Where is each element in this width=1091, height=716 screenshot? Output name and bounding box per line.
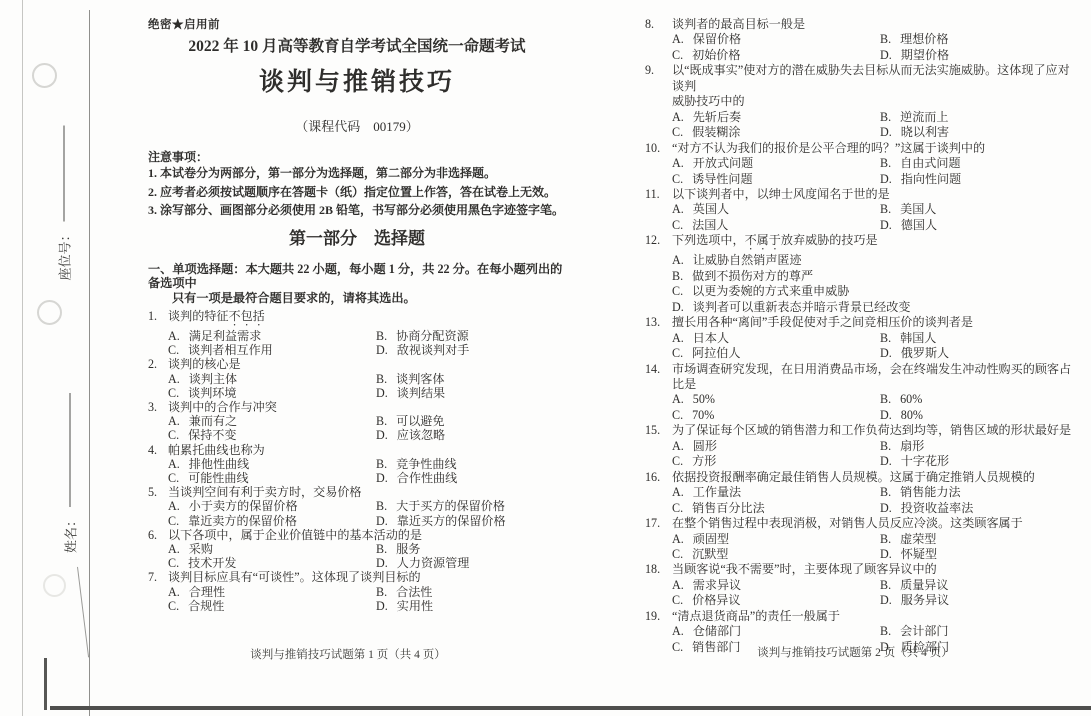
option-D: D.十字花形 (880, 454, 1081, 469)
option-D: D.合作性曲线 (376, 471, 566, 485)
question: 6.以下各项中，属于企业价值链中的基本活动的是A.采购B.服务C.技术开发D.人… (148, 528, 566, 571)
option-text: 采购 (189, 542, 213, 556)
option-C: C.法国人 (672, 218, 880, 233)
punch-hole-icon (32, 63, 57, 88)
option-text: 怀疑型 (901, 547, 937, 561)
option-C: C.方形 (672, 454, 880, 469)
question-stem: 以“既成事实”使对方的潜在威胁失去目标从而无法实施威胁。这体现了应对谈判 (645, 63, 1081, 94)
option-key: A. (672, 156, 684, 171)
option-D: D.谈判结果 (376, 386, 566, 400)
option-key: D. (880, 408, 892, 423)
option-key: C. (672, 48, 683, 63)
option-grid: A.谈判主体B.谈判客体C.谈判环境D.谈判结果 (148, 372, 566, 400)
option-key: B. (376, 542, 387, 556)
course-code: （课程代码 00179） (148, 118, 566, 135)
option-key: A. (672, 331, 684, 346)
option-key: A. (672, 253, 684, 268)
option-text: 开放式问题 (693, 156, 753, 170)
option-text: 50% (693, 392, 715, 406)
option-B: B.扇形 (880, 439, 1081, 454)
option-text: 方形 (692, 454, 716, 468)
option-B: B.服务 (376, 542, 566, 556)
option-key: A. (672, 439, 684, 454)
question-number: 11. (645, 187, 660, 202)
option-key: D. (880, 48, 892, 63)
option-D: D.德国人 (880, 218, 1081, 233)
option-text: 会计部门 (900, 624, 948, 638)
option-key: C. (672, 284, 683, 299)
option-key: D. (880, 346, 892, 361)
option-C: C.阿拉伯人 (672, 346, 880, 361)
question: 14.市场调查研究发现，在日用消费品市场，会在终端发生冲动性购买的顾客占比是A.… (645, 362, 1081, 424)
option-key: D. (376, 428, 388, 442)
question-stem: 威胁技巧中的 (645, 94, 1081, 109)
option-key: C. (672, 172, 683, 187)
option-text: 理想价格 (900, 32, 948, 46)
option-grid: A.顽固型B.虚荣型C.沉默型D.怀疑型 (645, 532, 1081, 563)
option-key: C. (672, 346, 683, 361)
question: 13.擅长用各种“离间”手段促使对手之间竞相压价的谈判者是A.日本人B.韩国人C… (645, 315, 1081, 361)
option-D: D.80% (880, 408, 1081, 423)
option-grid: A.先斩后奏B.逆流而上C.假装糊涂D.晓以利害 (645, 110, 1081, 141)
option-A: A.让威胁自然销声匿迹 (672, 253, 1081, 268)
option-key: B. (880, 578, 891, 593)
question-stem: 依据投资报酬率确定最佳销售人员规模。这属于确定推销人员规模的 (645, 470, 1081, 485)
classification-banner: 绝密★启用前 (148, 16, 566, 32)
option-key: A. (168, 585, 180, 599)
emphasized-text: 不属于 (745, 233, 781, 247)
subject-title: 谈判与推销技巧 (148, 68, 566, 98)
option-text: 工作量法 (693, 485, 741, 499)
option-text: 谈判客体 (396, 372, 444, 386)
option-key: A. (672, 532, 684, 547)
option-key: C. (168, 556, 179, 570)
option-text: 谈判环境 (188, 386, 236, 400)
seat-number-label: 座位号： (55, 228, 74, 280)
option-C: C.保持不变 (168, 428, 376, 442)
note-item: 3. 涂写部分、画图部分必须使用 2B 铅笔，书写部分必须使用黑色字迹签字笔。 (148, 201, 566, 220)
option-key: C. (672, 501, 683, 516)
option-text: 圆形 (693, 439, 717, 453)
question: 1.谈判的特征不包括A.满足利益需求B.协商分配资源C.谈判者相互作用D.敌视谈… (148, 309, 566, 357)
option-key: B. (880, 439, 891, 454)
option-B: B.销售能力法 (880, 485, 1081, 500)
option-key: A. (672, 202, 684, 217)
option-B: B.逆流而上 (880, 110, 1081, 125)
option-key: D. (880, 172, 892, 187)
question: 17.在整个销售过程中表现消极，对销售人员反应冷淡。这类顾客属于A.顽固型B.虚… (645, 516, 1081, 562)
option-text: 靠近卖方的保留价格 (188, 514, 297, 528)
option-grid: A.英国人B.美国人C.法国人D.德国人 (645, 202, 1081, 233)
seat-number-blank-line (64, 125, 65, 221)
exam-session-title: 2022 年 10 月高等教育自学考试全国统一命题考试 (148, 37, 566, 57)
option-text: 销售百分比法 (692, 501, 765, 515)
question-stem: “对方不认为我们的报价是公平合理的吗？”这属于谈判中的 (645, 141, 1081, 156)
option-key: D. (376, 343, 388, 357)
option-text: 需求异议 (693, 578, 741, 592)
option-D: D.期望价格 (880, 48, 1081, 63)
question-number: 2. (148, 357, 157, 371)
option-C: C.沉默型 (672, 547, 880, 562)
option-text: 排他性曲线 (189, 457, 249, 471)
option-text: 小于卖方的保留价格 (189, 499, 298, 513)
option-grid: A.满足利益需求B.协商分配资源C.谈判者相互作用D.敌视谈判对手 (148, 329, 566, 357)
question-number: 9. (645, 63, 654, 78)
question-number: 16. (645, 470, 660, 485)
option-D: D.晓以利害 (880, 125, 1081, 140)
option-B: B.韩国人 (880, 331, 1081, 346)
option-text: 法国人 (692, 218, 728, 232)
option-text: 满足利益需求 (189, 329, 262, 343)
option-text: 阿拉伯人 (692, 346, 740, 360)
option-B: B.虚荣型 (880, 532, 1081, 547)
option-key: B. (376, 414, 387, 428)
option-text: 60% (900, 392, 922, 406)
option-key: B. (672, 269, 683, 284)
option-key: C. (672, 218, 683, 233)
question-number: 6. (148, 528, 157, 542)
option-text: 合理性 (189, 585, 225, 599)
option-grid: A.排他性曲线B.竞争性曲线C.可能性曲线D.合作性曲线 (148, 457, 566, 485)
option-text: 逆流而上 (900, 110, 948, 124)
option-C: C.合规性 (168, 599, 376, 613)
section-instructions: 一、单项选择题：本大题共 22 小题，每小题 1 分，共 22 分。在每小题列出… (148, 262, 566, 306)
question: 11.以下谈判者中，以绅士风度闻名于世的是A.英国人B.美国人C.法国人D.德国… (645, 187, 1081, 233)
question-stem: 下列选项中，不属于放弃威胁的技巧是 (645, 233, 1081, 253)
part-heading: 第一部分 选择题 (148, 228, 566, 250)
option-B: B.大于买方的保留价格 (376, 499, 566, 513)
option-key: B. (376, 499, 387, 513)
option-B: B.会计部门 (880, 624, 1081, 639)
option-B: B.质量异议 (880, 578, 1081, 593)
question-stem: 谈判的特征不包括 (148, 309, 566, 329)
option-text: 销售能力法 (900, 485, 960, 499)
option-text: 80% (901, 408, 923, 422)
option-A: A.开放式问题 (672, 156, 880, 171)
option-key: A. (168, 499, 180, 513)
option-A: A.工作量法 (672, 485, 880, 500)
option-text: 自由式问题 (900, 156, 960, 170)
note-item: 2. 应考者必须按试题顺序在答题卡（纸）指定位置上作答，答在试卷上无效。 (148, 183, 566, 202)
option-text: 大于买方的保留价格 (396, 499, 505, 513)
question: 7.谈判目标应具有“可谈性”。这体现了谈判目标的A.合理性B.合法性C.合规性D… (148, 570, 566, 613)
question: 15.为了保证每个区域的销售潜力和工作负荷达到均等，销售区域的形状最好是A.圆形… (645, 423, 1081, 469)
punch-hole-icon (43, 574, 66, 597)
option-A: A.保留价格 (672, 32, 880, 47)
option-A: A.先斩后奏 (672, 110, 880, 125)
option-B: B.自由式问题 (880, 156, 1081, 171)
option-D: D.实用性 (376, 599, 566, 613)
question-number: 12. (645, 233, 660, 248)
option-key: D. (880, 218, 892, 233)
option-D: D.指向性问题 (880, 172, 1081, 187)
option-text: 兼而有之 (189, 414, 237, 428)
question-stem: 擅长用各种“离间”手段促使对手之间竞相压价的谈判者是 (645, 315, 1081, 330)
section-instruction-line: 一、单项选择题：本大题共 22 小题，每小题 1 分，共 22 分。在每小题列出… (148, 262, 566, 291)
option-text: 先斩后奏 (693, 110, 741, 124)
option-text: 应该忽略 (397, 428, 445, 442)
option-text: 投资收益率法 (901, 501, 974, 515)
option-text: 韩国人 (900, 331, 936, 345)
question-number: 3. (148, 400, 157, 414)
option-key: C. (672, 125, 683, 140)
option-D: D.服务异议 (880, 593, 1081, 608)
option-A: A.仓储部门 (672, 624, 880, 639)
question-stem: “清点退货商品”的责任一般属于 (645, 609, 1081, 624)
option-A: A.合理性 (168, 585, 376, 599)
option-text: 以更为委婉的方式来重申威胁 (692, 284, 849, 298)
option-C: C.靠近卖方的保留价格 (168, 514, 376, 528)
question-number: 7. (148, 570, 157, 584)
option-text: 初始价格 (692, 48, 740, 62)
question: 9.以“既成事实”使对方的潜在威胁失去目标从而无法实施威胁。这体现了应对谈判威胁… (645, 63, 1081, 140)
option-A: A.50% (672, 392, 880, 407)
question-number: 4. (148, 443, 157, 457)
option-C: C.初始价格 (672, 48, 880, 63)
question: 10.“对方不认为我们的报价是公平合理的吗？”这属于谈判中的A.开放式问题B.自… (645, 141, 1081, 187)
question: 2.谈判的核心是A.谈判主体B.谈判客体C.谈判环境D.谈判结果 (148, 357, 566, 400)
option-text: 期望价格 (901, 48, 949, 62)
question-stem: 谈判者的最高目标一般是 (645, 17, 1081, 32)
option-grid: A.采购B.服务C.技术开发D.人力资源管理 (148, 542, 566, 570)
option-D: D.谈判者可以重新表态并暗示背景已经改变 (672, 300, 1081, 315)
option-text: 十字花形 (901, 454, 949, 468)
option-key: C. (168, 428, 179, 442)
option-D: D.俄罗斯人 (880, 346, 1081, 361)
option-text: 可能性曲线 (188, 471, 248, 485)
option-key: D. (672, 300, 684, 315)
option-key: B. (880, 32, 891, 47)
option-key: C. (168, 343, 179, 357)
question-stem: 为了保证每个区域的销售潜力和工作负荷达到均等，销售区域的形状最好是 (645, 423, 1081, 438)
question: 12.下列选项中，不属于放弃威胁的技巧是A.让威胁自然销声匿迹B.做到不损伤对方… (645, 233, 1081, 315)
option-key: A. (672, 578, 684, 593)
page1-questions: 1.谈判的特征不包括A.满足利益需求B.协商分配资源C.谈判者相互作用D.敌视谈… (148, 309, 566, 613)
option-A: A.日本人 (672, 331, 880, 346)
option-key: D. (376, 599, 388, 613)
option-key: D. (376, 514, 388, 528)
option-B: B.可以避免 (376, 414, 566, 428)
option-key: B. (880, 156, 891, 171)
option-key: A. (168, 542, 180, 556)
emphasized-text: 不包括 (228, 309, 264, 323)
option-C: C.可能性曲线 (168, 471, 376, 485)
option-text: 谈判结果 (397, 386, 445, 400)
question: 8.谈判者的最高目标一般是A.保留价格B.理想价格C.初始价格D.期望价格 (645, 17, 1081, 63)
option-key: A. (168, 329, 180, 343)
seal-line (89, 10, 90, 716)
scan-edge-left (44, 658, 47, 710)
option-text: 做到不损伤对方的尊严 (692, 269, 813, 283)
option-text: 扇形 (900, 439, 924, 453)
exam-page-2: 8.谈判者的最高目标一般是A.保留价格B.理想价格C.初始价格D.期望价格9.以… (645, 17, 1081, 655)
question-stem: 帕累托曲线也称为 (148, 443, 566, 457)
question: 18.当顾客说“我不需要”时，主要体现了顾客异议中的A.需求异议B.质量异议C.… (645, 562, 1081, 608)
option-D: D.人力资源管理 (376, 556, 566, 570)
option-key: C. (168, 514, 179, 528)
option-text: 俄罗斯人 (901, 346, 949, 360)
question-stem: 当顾客说“我不需要”时，主要体现了顾客异议中的 (645, 562, 1081, 577)
option-A: A.兼而有之 (168, 414, 376, 428)
name-label: 姓名： (61, 514, 80, 553)
option-text: 质量异议 (900, 578, 948, 592)
question-stem: 以下各项中，属于企业价值链中的基本活动的是 (148, 528, 566, 542)
note-item: 1. 本试卷分为两部分，第一部分为选择题，第二部分为非选择题。 (148, 164, 566, 183)
option-text: 价格异议 (692, 593, 740, 607)
option-text: 协商分配资源 (396, 329, 469, 343)
option-text: 英国人 (693, 202, 729, 216)
option-grid: A.小于卖方的保留价格B.大于买方的保留价格C.靠近卖方的保留价格D.靠近买方的… (148, 499, 566, 527)
exam-page-1: 绝密★启用前 2022 年 10 月高等教育自学考试全国统一命题考试 谈判与推销… (148, 16, 566, 613)
option-C: C.以更为委婉的方式来重申威胁 (672, 284, 1081, 299)
option-key: D. (376, 556, 388, 570)
question: 5.当谈判空间有利于卖方时，交易价格A.小于卖方的保留价格B.大于买方的保留价格… (148, 485, 566, 528)
option-key: B. (880, 532, 891, 547)
option-B: B.谈判客体 (376, 372, 566, 386)
scanned-exam-paper: 座位号： 姓名： 绝密★启用前 2022 年 10 月高等教育自学考试全国统一命… (0, 0, 1091, 716)
question-stem: 以下谈判者中，以绅士风度闻名于世的是 (645, 187, 1081, 202)
option-A: A.谈判主体 (168, 372, 376, 386)
option-key: A. (168, 457, 180, 471)
option-A: A.满足利益需求 (168, 329, 376, 343)
option-text: 人力资源管理 (397, 556, 470, 570)
option-text: 敌视谈判对手 (397, 343, 470, 357)
option-key: D. (880, 547, 892, 562)
option-D: D.靠近买方的保留价格 (376, 514, 566, 528)
option-B: B.60% (880, 392, 1081, 407)
option-A: A.小于卖方的保留价格 (168, 499, 376, 513)
option-text: 合作性曲线 (397, 471, 457, 485)
option-key: C. (672, 454, 683, 469)
option-text: 虚荣型 (900, 532, 936, 546)
question-number: 18. (645, 562, 660, 577)
option-grid: A.工作量法B.销售能力法C.销售百分比法D.投资收益率法 (645, 485, 1081, 516)
option-text: 假装糊涂 (692, 125, 740, 139)
question-number: 10. (645, 141, 660, 156)
question-number: 15. (645, 423, 660, 438)
option-key: D. (880, 125, 892, 140)
option-text: 技术开发 (188, 556, 236, 570)
option-key: C. (168, 471, 179, 485)
option-key: C. (672, 408, 683, 423)
page1-footer: 谈判与推销技巧试题第 1 页（共 4 页） (148, 646, 548, 662)
option-grid: A.兼而有之B.可以避免C.保持不变D.应该忽略 (148, 414, 566, 442)
option-text: 保留价格 (693, 32, 741, 46)
option-key: B. (880, 110, 891, 125)
option-grid: A.日本人B.韩国人C.阿拉伯人D.俄罗斯人 (645, 331, 1081, 362)
option-A: A.需求异议 (672, 578, 880, 593)
option-key: D. (880, 501, 892, 516)
question: 3.谈判中的合作与冲突A.兼而有之B.可以避免C.保持不变D.应该忽略 (148, 400, 566, 443)
page2-footer: 谈判与推销技巧试题第 2 页（共 4 页） (645, 644, 1065, 660)
option-text: 谈判主体 (189, 372, 237, 386)
option-text: 实用性 (397, 599, 433, 613)
option-text: 服务异议 (901, 593, 949, 607)
option-text: 让威胁自然销声匿迹 (693, 253, 802, 267)
option-key: D. (376, 471, 388, 485)
option-text: 德国人 (901, 218, 937, 232)
option-C: C.诱导性问题 (672, 172, 880, 187)
question-stem: 谈判目标应具有“可谈性”。这体现了谈判目标的 (148, 570, 566, 584)
question-stem: 谈判中的合作与冲突 (148, 400, 566, 414)
option-B: B.竞争性曲线 (376, 457, 566, 471)
option-key: A. (672, 624, 684, 639)
name-field: 姓名： (61, 393, 80, 553)
blank-underline (77, 567, 89, 657)
option-grid: A.让威胁自然销声匿迹B.做到不损伤对方的尊严C.以更为委婉的方式来重申威胁D.… (645, 253, 1081, 315)
option-key: B. (880, 624, 891, 639)
option-key: B. (376, 585, 387, 599)
paper-fold-line (22, 0, 23, 716)
question-number: 8. (645, 17, 654, 32)
option-D: D.怀疑型 (880, 547, 1081, 562)
option-text: 顽固型 (693, 532, 729, 546)
option-A: A.英国人 (672, 202, 880, 217)
question-stem: 谈判的核心是 (148, 357, 566, 371)
option-key: A. (168, 372, 180, 386)
option-key: D. (376, 386, 388, 400)
option-B: B.美国人 (880, 202, 1081, 217)
question-number: 1. (148, 309, 157, 323)
option-C: C.销售百分比法 (672, 501, 880, 516)
question-stem: 在整个销售过程中表现消极，对销售人员反应冷淡。这类顾客属于 (645, 516, 1081, 531)
option-grid: A.合理性B.合法性C.合规性D.实用性 (148, 585, 566, 613)
option-key: A. (672, 392, 684, 407)
option-text: 服务 (396, 542, 420, 556)
page2-questions: 8.谈判者的最高目标一般是A.保留价格B.理想价格C.初始价格D.期望价格9.以… (645, 17, 1081, 655)
option-C: C.价格异议 (672, 593, 880, 608)
option-key: C. (672, 547, 683, 562)
option-text: 谈判者可以重新表态并暗示背景已经改变 (693, 300, 911, 314)
option-text: 70% (692, 408, 714, 422)
question-number: 5. (148, 485, 157, 499)
option-C: C.假装糊涂 (672, 125, 880, 140)
option-text: 合法性 (396, 585, 432, 599)
section-instruction-line: 只有一项是最符合题目要求的，请将其选出。 (148, 291, 566, 306)
option-D: D.应该忽略 (376, 428, 566, 442)
option-C: C.技术开发 (168, 556, 376, 570)
option-grid: A.开放式问题B.自由式问题C.诱导性问题D.指向性问题 (645, 156, 1081, 187)
option-grid: A.需求异议B.质量异议C.价格异议D.服务异议 (645, 578, 1081, 609)
option-B: B.协商分配资源 (376, 329, 566, 343)
option-text: 保持不变 (188, 428, 236, 442)
option-A: A.顽固型 (672, 532, 880, 547)
option-A: A.排他性曲线 (168, 457, 376, 471)
seat-number-field: 座位号： (55, 125, 74, 280)
option-key: D. (880, 454, 892, 469)
notes-heading: 注意事项： (148, 150, 566, 164)
option-D: D.投资收益率法 (880, 501, 1081, 516)
option-key: B. (376, 372, 387, 386)
option-grid: A.保留价格B.理想价格C.初始价格D.期望价格 (645, 32, 1081, 63)
option-key: A. (672, 32, 684, 47)
option-key: A. (672, 485, 684, 500)
question-stem: 市场调查研究发现，在日用消费品市场，会在终端发生冲动性购买的顾客占比是 (645, 362, 1081, 393)
option-key: D. (880, 593, 892, 608)
option-key: B. (880, 485, 891, 500)
option-text: 靠近买方的保留价格 (397, 514, 506, 528)
option-text: 合规性 (188, 599, 224, 613)
name-blank-line (70, 393, 71, 507)
question-number: 14. (645, 362, 660, 377)
punch-hole-icon (37, 300, 62, 325)
option-A: A.采购 (168, 542, 376, 556)
question-number: 19. (645, 609, 660, 624)
option-D: D.敌视谈判对手 (376, 343, 566, 357)
option-text: 美国人 (900, 202, 936, 216)
question-number: 17. (645, 516, 660, 531)
option-grid: A.圆形B.扇形C.方形D.十字花形 (645, 439, 1081, 470)
